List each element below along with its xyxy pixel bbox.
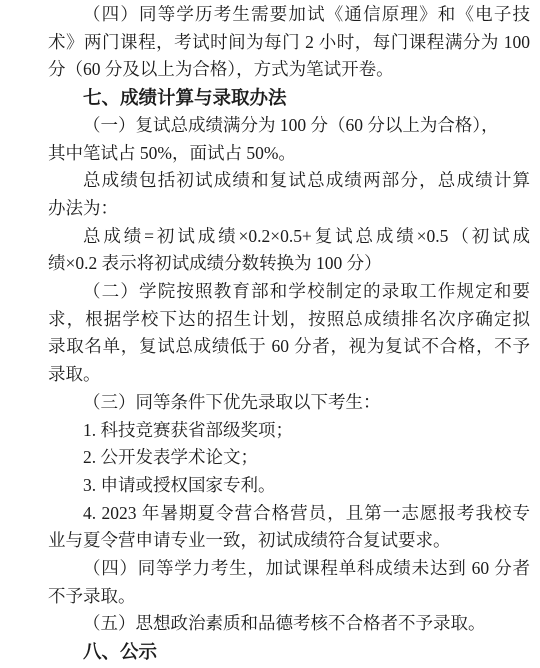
text-line: （二）学院按照教育部和学校制定的录取工作规定和要 [48,278,530,306]
document-body: （四）同等学历考生需要加试《通信原理》和《电子技术》两门课程，考试时间为每门 2… [48,1,530,666]
text-line: 2. 公开发表学术论文； [48,444,530,472]
text-line: （三）同等条件下优先录取以下考生： [48,389,530,417]
section-heading: 八、公示 [48,638,530,666]
text-line: （四）同等学历考生需要加试《通信原理》和《电子技 [48,1,530,29]
text-line: （一）复试总成绩满分为 100 分（60 分以上为合格）， [48,112,530,140]
text-line: 录取名单，复试总成绩低于 60 分者，视为复试不合格，不予 [48,333,530,361]
text-line: 业与夏令营申请专业一致，初试成绩符合复试要求。 [48,527,530,555]
text-line: 术》两门课程，考试时间为每门 2 小时，每门课程满分为 100 [48,29,530,57]
text-line: 不予录取。 [48,583,530,611]
text-line: （五）思想政治素质和品德考核不合格者不予录取。 [48,610,530,638]
text-line: 分（60 分及以上为合格），方式为笔试开卷。 [48,56,530,84]
text-line: 4. 2023 年暑期夏令营合格营员，且第一志愿报考我校专 [48,500,530,528]
text-line: 绩×0.2 表示将初试成绩分数转换为 100 分） [48,250,530,278]
text-line: 办法为： [48,195,530,223]
document-page: （四）同等学历考生需要加试《通信原理》和《电子技术》两门课程，考试时间为每门 2… [0,0,540,668]
text-line: （四）同等学力考生，加试课程单科成绩未达到 60 分者 [48,555,530,583]
section-heading: 七、成绩计算与录取办法 [48,84,530,112]
text-line: 录取。 [48,361,530,389]
text-line: 1. 科技竞赛获省部级奖项； [48,417,530,445]
text-line: 总成绩包括初试成绩和复试总成绩两部分，总成绩计算 [48,167,530,195]
text-line: 求，根据学校下达的招生计划，按照总成绩排名次序确定拟 [48,306,530,334]
text-line: 总成绩=初试成绩×0.2×0.5+复试总成绩×0.5（初试成 [48,223,530,251]
text-line: 3. 申请或授权国家专利。 [48,472,530,500]
text-line: 其中笔试占 50%，面试占 50%。 [48,140,530,168]
